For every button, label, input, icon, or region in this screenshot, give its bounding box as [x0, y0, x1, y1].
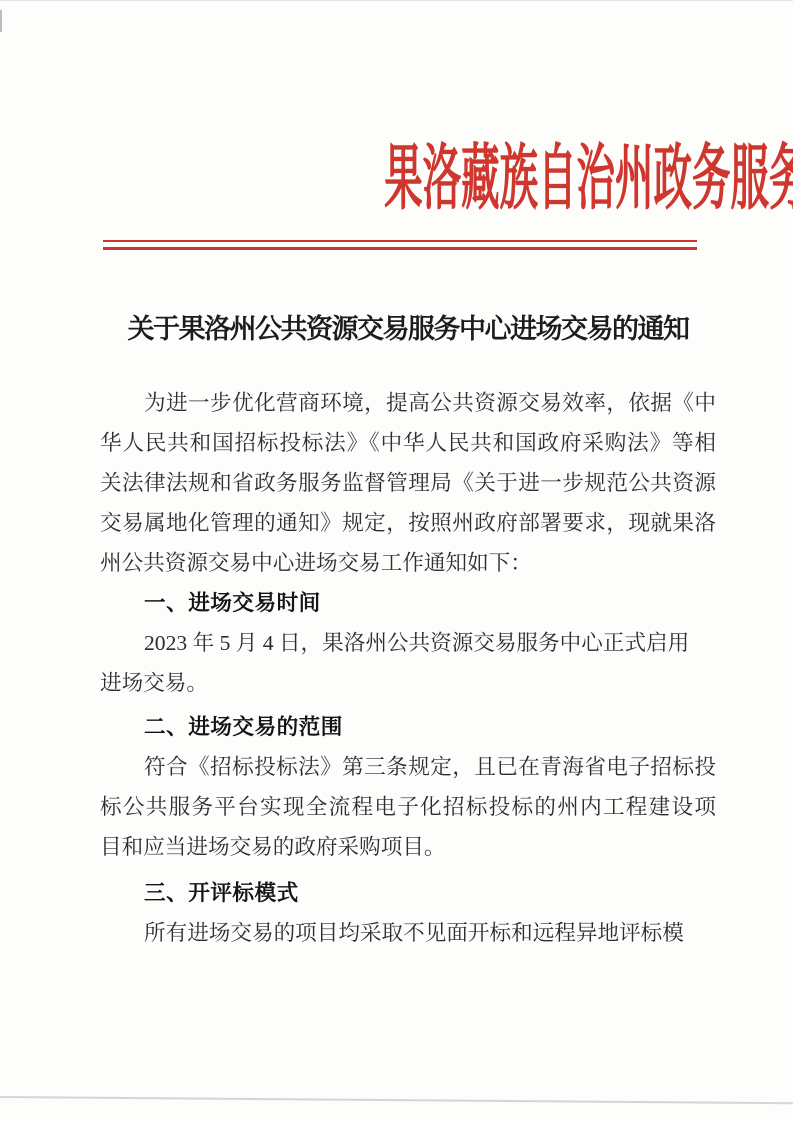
- section-heading-2: 二、进场交易的范围: [100, 707, 716, 747]
- body-line: 符合《招标投标法》第三条规定，且已在青海省电子招标投: [100, 747, 716, 787]
- body-line: 2023 年 5 月 4 日，果洛州公共资源交易服务中心正式启用: [100, 623, 716, 663]
- agency-name: 果洛藏族自治州政务服务监督管理局: [384, 143, 793, 215]
- document-body: 为进一步优化营商环境，提高公共资源交易效率，依据《中 华人民共和国招标投标法》《…: [100, 383, 716, 953]
- body-line: 华人民共和国招标投标法》《中华人民共和国政府采购法》等相: [100, 423, 716, 463]
- document-title: 关于果洛州公共资源交易服务中心进场交易的通知: [100, 307, 716, 346]
- section-heading-1: 一、进场交易时间: [100, 583, 716, 623]
- body-line: 所有进场交易的项目均采取不见面开标和远程异地评标模: [100, 913, 716, 953]
- body-line: 州公共资源交易中心进场交易工作通知如下：: [100, 543, 716, 583]
- body-line: 关法律法规和省政务服务监督管理局《关于进一步规范公共资源: [100, 463, 716, 503]
- body-line: 交易属地化管理的通知》规定，按照州政府部署要求，现就果洛: [100, 503, 716, 543]
- document-page: 果洛藏族自治州政务服务监督管理局 关于果洛州公共资源交易服务中心进场交易的通知 …: [0, 0, 793, 1121]
- scan-edge-bottom: [0, 1096, 793, 1104]
- body-line: 进场交易。: [100, 663, 716, 703]
- letterhead-divider: [103, 240, 697, 250]
- letterhead: 果洛藏族自治州政务服务监督管理局: [100, 142, 716, 216]
- body-line: 标公共服务平台实现全流程电子化招标投标的州内工程建设项: [100, 787, 716, 827]
- scan-mark-left: [0, 10, 2, 32]
- scan-edge-top: [0, 0, 793, 1]
- body-line: 目和应当进场交易的政府采购项目。: [100, 827, 716, 867]
- section-heading-3: 三、开评标模式: [100, 873, 716, 913]
- body-line: 为进一步优化营商环境，提高公共资源交易效率，依据《中: [100, 383, 716, 423]
